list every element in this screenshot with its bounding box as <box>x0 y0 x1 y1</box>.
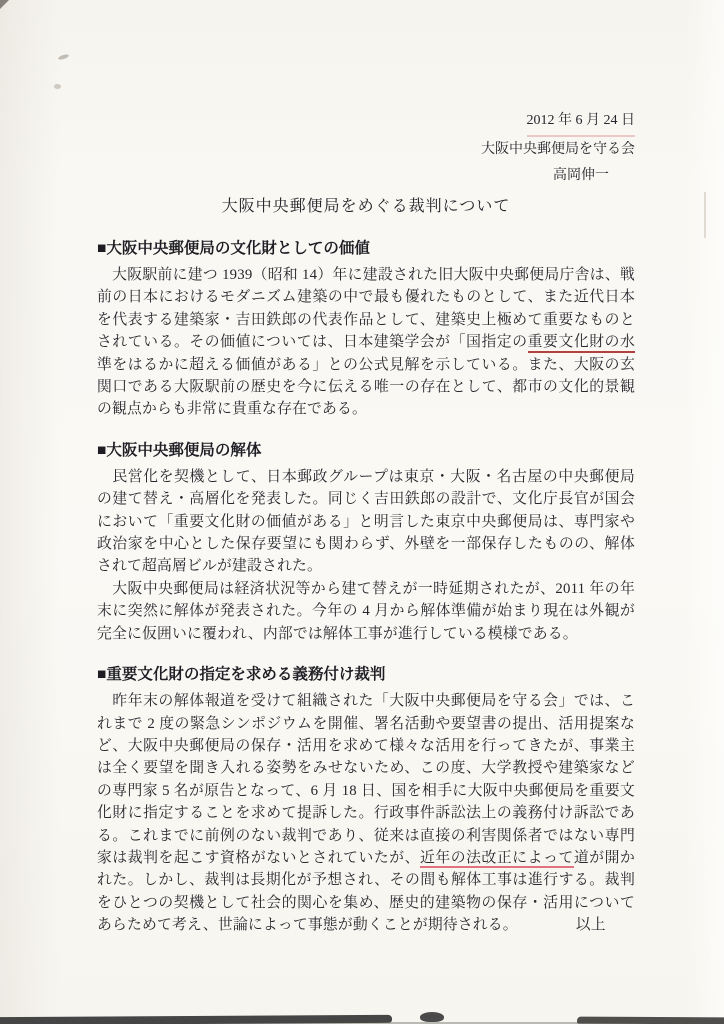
text-run: 大阪中央郵便局は経済状況等から建て替えが一時延期されたが、2011 年の年末に突… <box>97 581 635 642</box>
section-heading: ■重要文化財の指定を求める義務付け裁判 <box>97 664 635 686</box>
scanned-document-page: { "header": { "date": "2012 年 6 月 24 日",… <box>0 0 724 1024</box>
paragraph: 大阪中央郵便局は経済状況等から建て替えが一時延期されたが、2011 年の年末に突… <box>97 578 635 645</box>
header-date: 2012 年 6 月 24 日 <box>97 108 635 137</box>
document-section: ■重要文化財の指定を求める義務付け裁判 昨年末の解体報道を受けて組織された「大阪… <box>97 664 635 936</box>
paragraph: 昨年末の解体報道を受けて組織された「大阪中央郵便局を守る会」では、これまで 2 … <box>97 690 635 936</box>
closing-mark: 以上 <box>576 914 606 936</box>
paragraph: 民営化を契機として、日本郵政グループは東京・大阪・名古屋の中央郵便局の建て替え・… <box>97 466 635 578</box>
document-content: 2012 年 6 月 24 日 大阪中央郵便局を守る会 高岡伸一 大阪中央郵便局… <box>97 108 635 937</box>
section-heading: ■大阪中央郵便局の解体 <box>97 440 635 462</box>
red-underlined-text: 重要文化財の水 <box>528 334 635 353</box>
sections-container: ■大阪中央郵便局の文化財としての価値 大阪駅前に建つ 1939（昭和 14）年に… <box>97 238 635 937</box>
document-section: ■大阪中央郵便局の解体 民営化を契機として、日本郵政グループは東京・大阪・名古屋… <box>97 440 635 645</box>
document-title: 大阪中央郵便局をめぐる裁判について <box>97 195 635 219</box>
section-heading: ■大阪中央郵便局の文化財としての価値 <box>97 238 635 260</box>
header-organization: 大阪中央郵便局を守る会 <box>97 137 635 163</box>
text-run: 準をはるかに超える価値がある」との公式見解を示している。また、大阪の玄関口である… <box>97 357 635 418</box>
text-run: 昨年末の解体報道を受けて組織された「大阪中央郵便局を守る会」では、これまで 2 … <box>97 693 635 866</box>
header-author: 高岡伸一 <box>97 163 635 189</box>
text-run: 民営化を契機として、日本郵政グループは東京・大阪・名古屋の中央郵便局の建て替え・… <box>97 469 635 575</box>
document-header: 2012 年 6 月 24 日 大阪中央郵便局を守る会 高岡伸一 <box>97 108 635 189</box>
document-section: ■大阪中央郵便局の文化財としての価値 大阪駅前に建つ 1939（昭和 14）年に… <box>97 238 635 421</box>
date-text: 2012 年 6 月 24 日 <box>527 108 636 137</box>
red-underlined-text: 近年の法改正によって <box>420 850 574 869</box>
paragraph: 大阪駅前に建つ 1939（昭和 14）年に建設された旧大阪中央郵便局庁舎は、戦前… <box>97 264 635 421</box>
